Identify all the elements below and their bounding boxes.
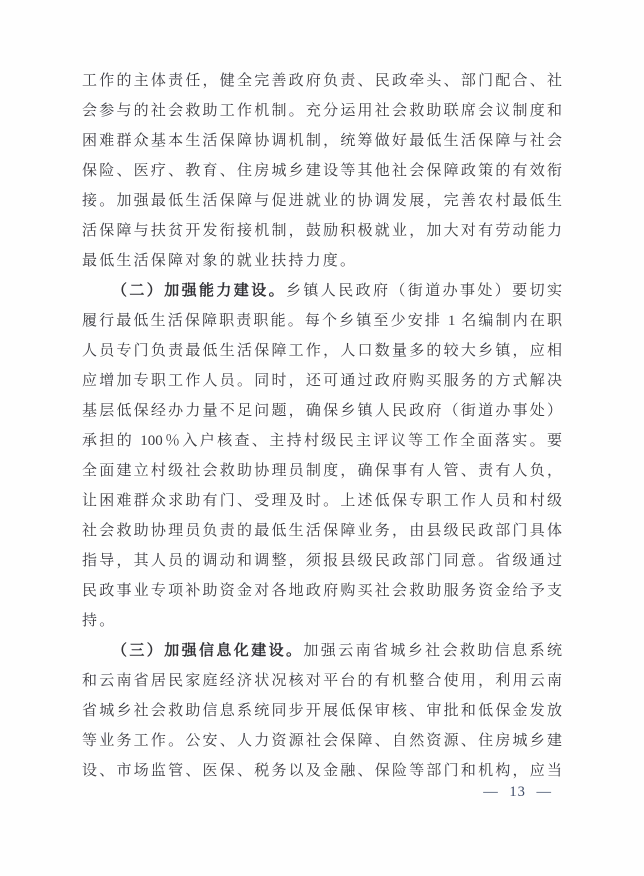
text-line: 民政事业专项补助资金对各地政府购买社会救助服务资金给予支 (82, 576, 562, 606)
line-text: 指导，其人员的调动和调整，须报县级民政部门同意。省级通过 (82, 553, 562, 569)
line-text: 等业务工作。公安、人力资源社会保障、自然资源、住房城乡建 (82, 733, 562, 749)
line-text: 保险、医疗、教育、住房城乡建设等其他社会保障政策的有效衔 (82, 163, 562, 179)
line-text: 设、市场监管、医保、税务以及金融、保险等部门和机构，应当 (82, 763, 562, 779)
line-text: 持。 (82, 613, 116, 629)
section-2-heading: （二）加强能力建设。 (112, 283, 286, 299)
line-text: 让困难群众求助有门、受理及时。上述低保专职工作人员和村级 (82, 493, 562, 509)
text-line: 人员专门负责最低生活保障工作，人口数量多的较大乡镇，应相 (82, 336, 562, 366)
line-text: 应增加专职工作人员。同时，还可通过政府购买服务的方式解决 (82, 373, 562, 389)
text-line: 全面建立村级社会救助协理员制度，确保事有人管、责有人负， (82, 456, 562, 486)
text-line: 接。加强最低生活保障与促进就业的协调发展，完善农村最低生 (82, 186, 562, 216)
text-line: 工作的主体责任，健全完善政府负责、民政牵头、部门配合、社 (82, 66, 562, 96)
text-line-section-2: （二）加强能力建设。乡镇人民政府（街道办事处）要切实 (82, 276, 562, 306)
line-text: 乡镇人民政府（街道办事处）要切实 (286, 283, 562, 299)
text-line: 困难群众基本生活保障协调机制，统筹做好最低生活保障与社会 (82, 126, 562, 156)
text-line: 指导，其人员的调动和调整，须报县级民政部门同意。省级通过 (82, 546, 562, 576)
text-line: 设、市场监管、医保、税务以及金融、保险等部门和机构，应当 (82, 756, 562, 786)
line-text: 困难群众基本生活保障协调机制，统筹做好最低生活保障与社会 (82, 133, 562, 149)
line-text: 接。加强最低生活保障与促进就业的协调发展，完善农村最低生 (82, 193, 562, 209)
text-line: 会参与的社会救助工作机制。充分运用社会救助联席会议制度和 (82, 96, 562, 126)
line-text: 工作的主体责任，健全完善政府负责、民政牵头、部门配合、社 (82, 73, 562, 89)
document-body: 工作的主体责任，健全完善政府负责、民政牵头、部门配合、社 会参与的社会救助工作机… (82, 66, 562, 786)
line-text: 社会救助协理员负责的最低生活保障业务，由县级民政部门具体 (82, 523, 562, 539)
text-line-section-3: （三）加强信息化建设。加强云南省城乡社会救助信息系统 (82, 636, 562, 666)
line-text: 人员专门负责最低生活保障工作，人口数量多的较大乡镇，应相 (82, 343, 562, 359)
document-page: 工作的主体责任，健全完善政府负责、民政牵头、部门配合、社 会参与的社会救助工作机… (0, 0, 644, 876)
text-line: 省城乡社会救助信息系统同步开展低保审核、审批和低保金发放 (82, 696, 562, 726)
text-line: 应增加专职工作人员。同时，还可通过政府购买服务的方式解决 (82, 366, 562, 396)
text-line: 承担的 100％入户核查、主持村级民主评议等工作全面落实。要 (82, 426, 562, 456)
text-line: 履行最低生活保障职责职能。每个乡镇至少安排 1 名编制内在职 (82, 306, 562, 336)
line-text: 全面建立村级社会救助协理员制度，确保事有人管、责有人负， (82, 463, 562, 479)
text-line: 基层低保经办力量不足问题，确保乡镇人民政府（街道办事处） (82, 396, 562, 426)
section-3-heading: （三）加强信息化建设。 (112, 643, 303, 659)
line-text: 加强云南省城乡社会救助信息系统 (303, 643, 562, 659)
line-text: 会参与的社会救助工作机制。充分运用社会救助联席会议制度和 (82, 103, 562, 119)
text-line: 保险、医疗、教育、住房城乡建设等其他社会保障政策的有效衔 (82, 156, 562, 186)
text-line: 和云南省居民家庭经济状况核对平台的有机整合使用，利用云南 (82, 666, 562, 696)
text-line: 让困难群众求助有门、受理及时。上述低保专职工作人员和村级 (82, 486, 562, 516)
line-text: 省城乡社会救助信息系统同步开展低保审核、审批和低保金发放 (82, 703, 562, 719)
text-line: 社会救助协理员负责的最低生活保障业务，由县级民政部门具体 (82, 516, 562, 546)
line-text: 和云南省居民家庭经济状况核对平台的有机整合使用，利用云南 (82, 673, 562, 689)
text-line: 等业务工作。公安、人力资源社会保障、自然资源、住房城乡建 (82, 726, 562, 756)
line-text: 活保障与扶贫开发衔接机制，鼓励积极就业，加大对有劳动能力 (82, 223, 562, 239)
text-line: 最低生活保障对象的就业扶持力度。 (82, 246, 562, 276)
line-text: 民政事业专项补助资金对各地政府购买社会救助服务资金给予支 (82, 583, 562, 599)
line-text: 基层低保经办力量不足问题，确保乡镇人民政府（街道办事处） (82, 403, 562, 419)
text-line: 活保障与扶贫开发衔接机制，鼓励积极就业，加大对有劳动能力 (82, 216, 562, 246)
line-text: 最低生活保障对象的就业扶持力度。 (82, 253, 357, 269)
line-text: 履行最低生活保障职责职能。每个乡镇至少安排 1 名编制内在职 (82, 313, 562, 329)
page-number: — 13 — (483, 784, 552, 801)
text-line: 持。 (82, 606, 562, 636)
line-text: 承担的 100％入户核查、主持村级民主评议等工作全面落实。要 (82, 433, 562, 449)
